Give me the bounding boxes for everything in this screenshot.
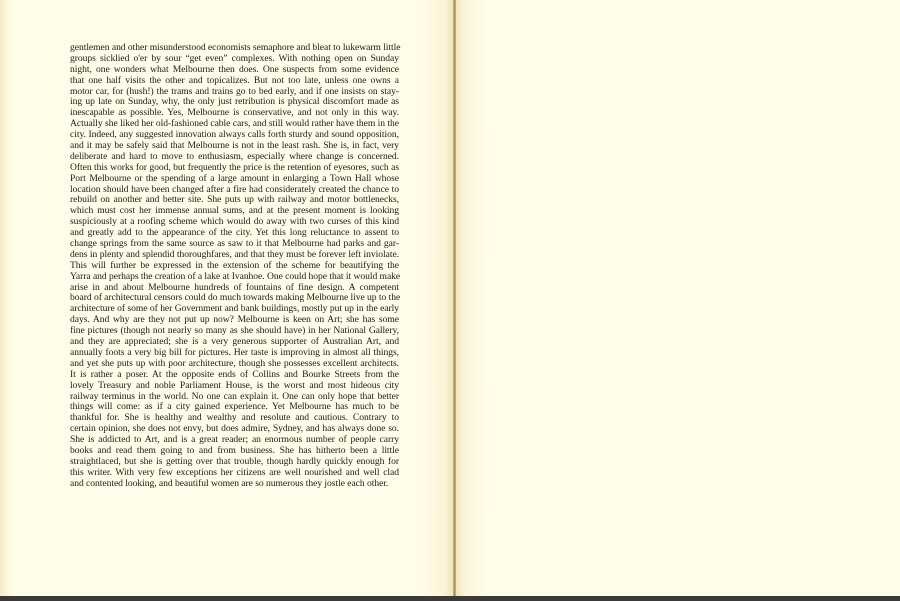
text-line: Port Melbourne or the spending of a larg… [70,174,399,185]
right-page-blank [456,0,900,597]
text-line: that one half visits the other and topic… [70,76,399,87]
text-line: lovely Treasury and noble Parliament Hou… [70,381,399,392]
text-line: Yarra and perhaps the creation of a lake… [70,272,399,283]
body-text: gentlemen and other misunderstood econom… [70,43,399,490]
text-line: this writer. With very few exceptions he… [70,468,399,479]
scan-bottom-edge [0,596,900,601]
left-page: gentlemen and other misunderstood econom… [0,0,454,597]
text-line: and contented looking, and beautiful wom… [70,479,399,490]
book-spread: gentlemen and other misunderstood econom… [0,0,900,597]
text-line: It is rather a poser. At the opposite en… [70,370,399,381]
